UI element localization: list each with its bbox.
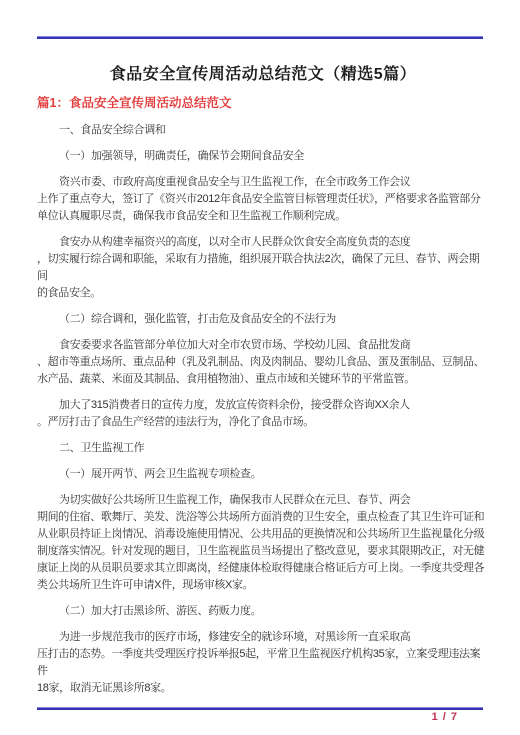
document-title: 食品安全宣传周活动总结范文（精选5篇）	[37, 64, 489, 86]
page-container: 食品安全宣传周活动总结范文（精选5篇） 篇1：食品安全宣传周活动总结范文 一、食…	[0, 0, 520, 735]
paragraph: （一）展开两节、两会卫生监视专项检查。	[37, 466, 489, 483]
paragraph: 一、食品安全综合调和	[37, 122, 489, 139]
paragraph: 食安委要求各监管部分单位加大对全市农贸市场、学校幼儿园、食品批发商、超市等重点场…	[37, 337, 489, 388]
document-content: 食品安全宣传周活动总结范文（精选5篇） 篇1：食品安全宣传周活动总结范文 一、食…	[37, 56, 489, 706]
paragraph: 加大了315消费者日的宣传力度，发放宣传资料余份，接受群众咨询XX余人。严厉打击…	[37, 397, 489, 431]
top-rule	[37, 36, 483, 39]
paragraph: （二）综合调和，强化监管，打击危及食品安全的不法行为	[37, 311, 489, 328]
paragraph: 二、卫生监视工作	[37, 440, 489, 457]
footer-rule	[37, 707, 483, 710]
section-heading: 篇1：食品安全宣传周活动总结范文	[37, 95, 489, 111]
paragraph: 为切实做好公共场所卫生监视工作，确保我市人民群众在元旦、春节、两会期间的住宿、歌…	[37, 492, 489, 594]
document-body: 一、食品安全综合调和（一）加强领导，明确责任，确保节会期间食品安全资兴市委、市政…	[37, 122, 489, 697]
page-indicator: 1 / 7	[432, 711, 458, 723]
paragraph: 资兴市委、市政府高度重视食品安全与卫生监视工作，在全市政务工作会议上作了重点夸大…	[37, 174, 489, 225]
paragraph: 食安办从构建幸福资兴的高度，以对全市人民群众饮食安全高度负责的态度，切实履行综合…	[37, 234, 489, 302]
paragraph: 为进一步规范我市的医疗市场，修建安全的就诊环境，对黑诊所一直采取高压打击的态势。…	[37, 629, 489, 697]
paragraph: （一）加强领导，明确责任，确保节会期间食品安全	[37, 148, 489, 165]
paragraph: （二）加大打击黑诊所、游医、药贩力度。	[37, 603, 489, 620]
